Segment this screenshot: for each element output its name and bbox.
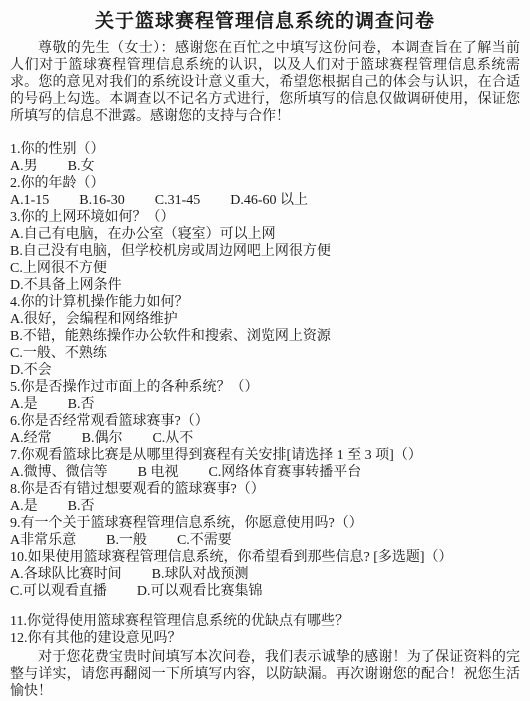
option-item: B.球队对战预测 bbox=[152, 566, 249, 583]
question-text: 9.有一个关于篮球赛程管理信息系统，你愿意使用吗?（） bbox=[10, 515, 520, 532]
option-item: B.16-30 bbox=[79, 192, 125, 209]
option-item: B.自己没有电脑，但学校机房或周边网吧上网很方便 bbox=[10, 243, 331, 260]
question-text: 4.你的计算机操作能力如何？ bbox=[10, 294, 520, 311]
option-item: A.经常 bbox=[10, 430, 52, 447]
survey-title: 关于篮球赛程管理信息系统的调查问卷 bbox=[10, 10, 520, 34]
question-block: 3.你的上网环境如何？（） A.自己有电脑，在办公室（寝室）可以上网B.自己没有… bbox=[10, 209, 520, 294]
question-block: 11.你觉得使用篮球赛程管理信息系统的优缺点有哪些？ bbox=[10, 613, 520, 630]
option-line: C.上网很不方便 bbox=[10, 260, 520, 277]
question-text: 12.你有其他的建设意见吗？ bbox=[10, 630, 520, 647]
option-line: A.男B.女 bbox=[10, 158, 520, 175]
option-item: D.46-60 以上 bbox=[230, 192, 308, 209]
question-block: 4.你的计算机操作能力如何？ A.很好，会编程和网络维护B.不错，能熟练操作办公… bbox=[10, 294, 520, 379]
option-item: A.很好，会编程和网络维护 bbox=[10, 311, 178, 328]
question-text: 10.如果使用篮球赛程管理信息系统，你希望看到那些信息? [多选题]（） bbox=[10, 549, 520, 566]
closing-paragraph: 对于您花费宝贵时间填写本次问卷，我们表示诚挚的感谢！为了保证资料的完整与详实，请… bbox=[10, 649, 520, 700]
option-item: A.是 bbox=[10, 498, 38, 515]
option-item: D.不会 bbox=[10, 362, 52, 379]
option-line: C.可以观看直播D.可以观看比赛集锦 bbox=[10, 583, 520, 600]
question-block: 9.有一个关于篮球赛程管理信息系统，你愿意使用吗?（） A非常乐意B.一般C.不… bbox=[10, 515, 520, 549]
option-item: A.1-15 bbox=[10, 192, 49, 209]
option-line: A.各球队比赛时间B.球队对战预测 bbox=[10, 566, 520, 583]
question-block: 1.你的性别（） A.男B.女 bbox=[10, 141, 520, 175]
question-block: 5.你是否操作过市面上的各种系统？（） A.是B.否 bbox=[10, 379, 520, 413]
option-line: A.很好，会编程和网络维护 bbox=[10, 311, 520, 328]
question-text: 11.你觉得使用篮球赛程管理信息系统的优缺点有哪些？ bbox=[10, 613, 520, 630]
option-item: C.31-45 bbox=[155, 192, 201, 209]
option-item: B.否 bbox=[68, 396, 95, 413]
option-line: A.自己有电脑，在办公室（寝室）可以上网 bbox=[10, 226, 520, 243]
option-item: A.是 bbox=[10, 396, 38, 413]
option-item: A.男 bbox=[10, 158, 38, 175]
question-text: 3.你的上网环境如何？（） bbox=[10, 209, 520, 226]
question-block: 8.你是否有错过想要观看的篮球赛事?（） A.是B.否 bbox=[10, 481, 520, 515]
option-item: D.可以观看比赛集锦 bbox=[137, 583, 263, 600]
question-block: 7.你观看篮球比赛是从哪里得到赛程有关安排[请选择 1 至 3 项]（） A.微… bbox=[10, 447, 520, 481]
question-text: 8.你是否有错过想要观看的篮球赛事?（） bbox=[10, 481, 520, 498]
option-line: A.1-15B.16-30C.31-45D.46-60 以上 bbox=[10, 192, 520, 209]
option-line: D.不会 bbox=[10, 362, 520, 379]
option-line: D.不具备上网条件 bbox=[10, 277, 520, 294]
option-line: B.自己没有电脑，但学校机房或周边网吧上网很方便 bbox=[10, 243, 520, 260]
question-text: 5.你是否操作过市面上的各种系统？（） bbox=[10, 379, 520, 396]
intro-paragraph: 尊敬的先生（女士）：感谢您在百忙之中填写这份问卷，本调查旨在了解当前人们对于篮球… bbox=[10, 40, 520, 125]
survey-document: 关于篮球赛程管理信息系统的调查问卷 尊敬的先生（女士）：感谢您在百忙之中填写这份… bbox=[0, 0, 530, 701]
option-item: B.否 bbox=[68, 498, 95, 515]
option-item: A.各球队比赛时间 bbox=[10, 566, 122, 583]
option-item: C.可以观看直播 bbox=[10, 583, 107, 600]
question-text: 6.你是否经常观看篮球赛事?（） bbox=[10, 413, 520, 430]
question-block: 10.如果使用篮球赛程管理信息系统，你希望看到那些信息? [多选题]（） A.各… bbox=[10, 549, 520, 600]
option-line: C.一般、不熟练 bbox=[10, 345, 520, 362]
option-line: A.是B.否 bbox=[10, 498, 520, 515]
option-item: C.网络体育赛事转播平台 bbox=[208, 464, 361, 481]
option-item: C.从不 bbox=[152, 430, 193, 447]
option-item: C.上网很不方便 bbox=[10, 260, 107, 277]
question-block: 12.你有其他的建设意见吗？ bbox=[10, 630, 520, 647]
option-item: A非常乐意 bbox=[10, 532, 76, 549]
question-text: 2.你的年龄（） bbox=[10, 175, 520, 192]
option-item: B.不错，能熟练操作办公软件和搜索、浏览网上资源 bbox=[10, 328, 331, 345]
option-item: B.女 bbox=[68, 158, 95, 175]
option-item: B.偶尔 bbox=[82, 430, 123, 447]
question-text: 7.你观看篮球比赛是从哪里得到赛程有关安排[请选择 1 至 3 项]（） bbox=[10, 447, 520, 464]
question-list: 1.你的性别（） A.男B.女 2.你的年龄（） A.1-15B.16-30C.… bbox=[10, 141, 520, 647]
question-text: 1.你的性别（） bbox=[10, 141, 520, 158]
option-line: A.是B.否 bbox=[10, 396, 520, 413]
option-line: B.不错，能熟练操作办公软件和搜索、浏览网上资源 bbox=[10, 328, 520, 345]
question-block: 2.你的年龄（） A.1-15B.16-30C.31-45D.46-60 以上 bbox=[10, 175, 520, 209]
option-item: C.不需要 bbox=[177, 532, 232, 549]
option-item: A.自己有电脑，在办公室（寝室）可以上网 bbox=[10, 226, 276, 243]
option-item: D.不具备上网条件 bbox=[10, 277, 122, 294]
option-item: B 电视 bbox=[138, 464, 179, 481]
option-line: A非常乐意B.一般C.不需要 bbox=[10, 532, 520, 549]
option-item: B.一般 bbox=[106, 532, 147, 549]
option-item: C.一般、不熟练 bbox=[10, 345, 107, 362]
option-item: A.微博、微信等 bbox=[10, 464, 108, 481]
option-line: A.经常B.偶尔C.从不 bbox=[10, 430, 520, 447]
option-line: A.微博、微信等B 电视C.网络体育赛事转播平台 bbox=[10, 464, 520, 481]
question-block: 6.你是否经常观看篮球赛事?（） A.经常B.偶尔C.从不 bbox=[10, 413, 520, 447]
